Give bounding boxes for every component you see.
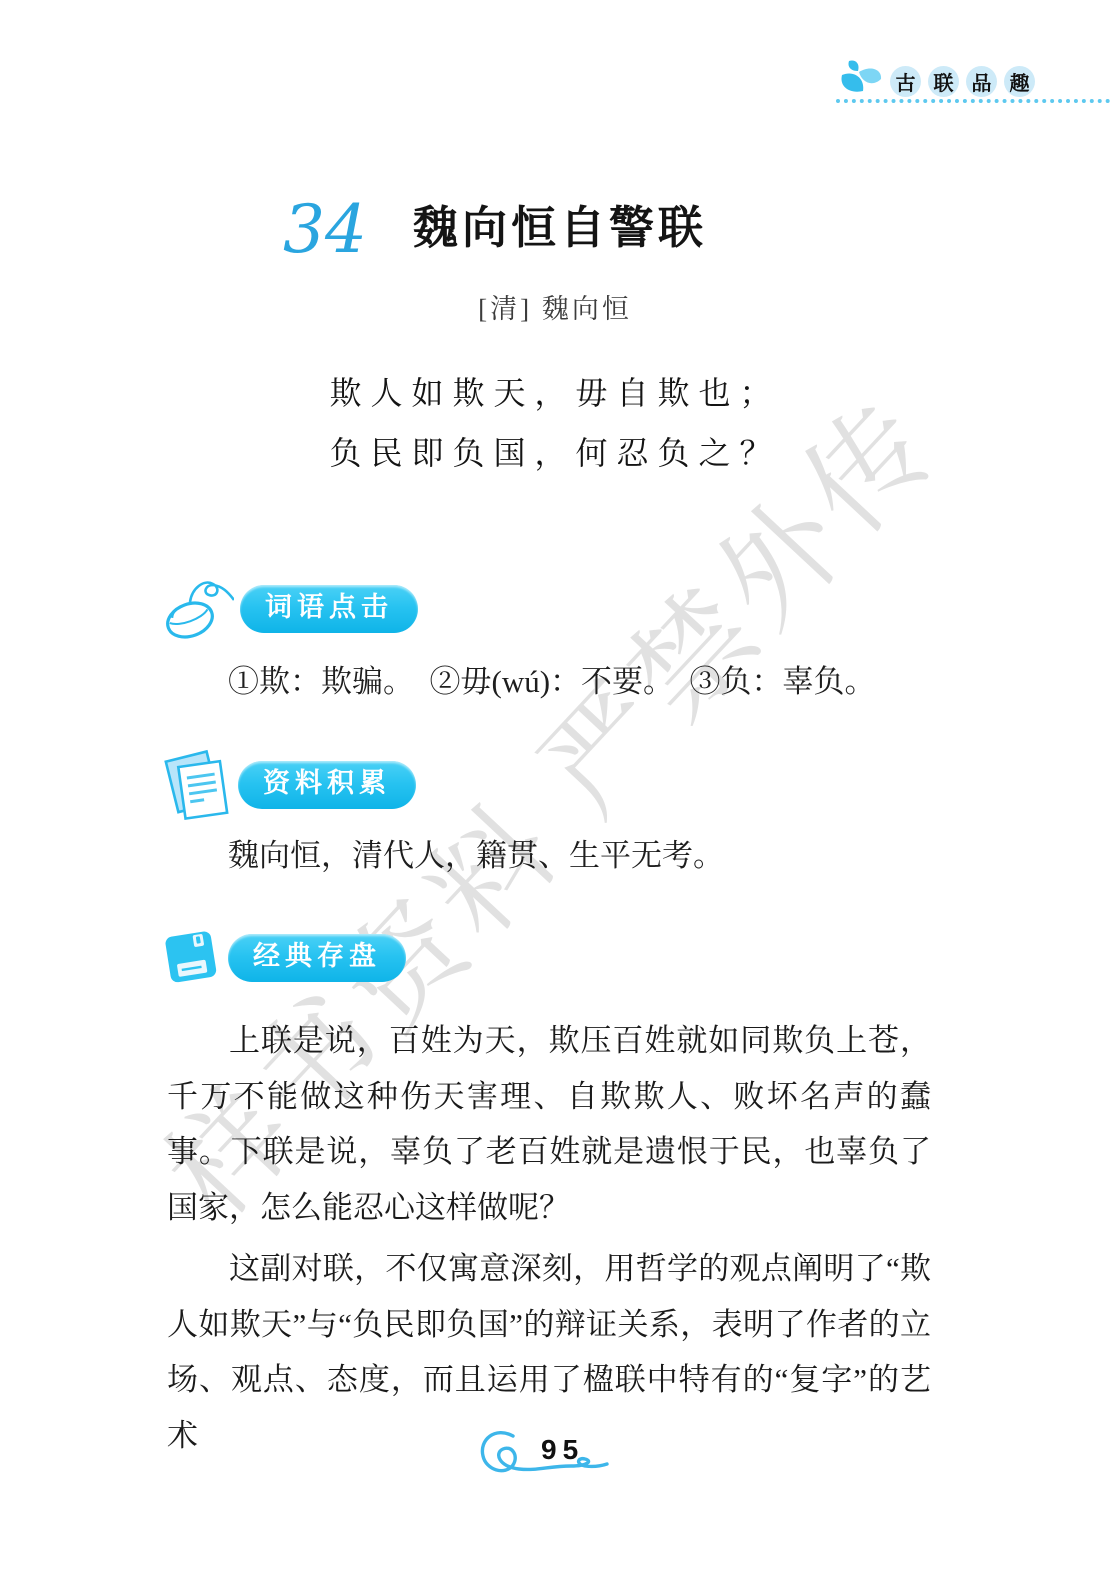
materials-text: 魏向恒，清代人，籍贯、生平无考。 <box>228 830 724 875</box>
lesson-title: 魏向恒自警联 <box>413 192 707 264</box>
section-badge-classic: 经典存盘 <box>228 934 406 982</box>
brand-header: 古 联 品 趣 <box>838 60 1038 102</box>
author-byline: [清] 魏向恒 <box>0 287 1110 326</box>
lesson-number: 34 <box>283 192 367 268</box>
mouse-icon <box>160 576 234 642</box>
brand-char: 品 <box>966 66 997 97</box>
documents-icon <box>162 748 232 822</box>
section-header-materials: 资料积累 <box>162 748 416 822</box>
section-badge-materials: 资料积累 <box>238 761 416 809</box>
couplet-line-1: 欺人如欺天，毋自欺也； <box>0 363 1110 423</box>
section-badge-words: 词语点击 <box>240 585 418 633</box>
section-header-classic: 经典存盘 <box>160 926 406 990</box>
brand-char: 趣 <box>1004 66 1035 97</box>
commentary-paragraphs: 上联是说，百姓为天，欺压百姓就如同欺负上苍，千万不能做这种伤天害理、自欺欺人、败… <box>167 1013 931 1463</box>
textbook-page: 样书资料 严禁外传 古 联 品 趣 34 魏向恒自警联 [清] 魏向恒 欺人如 <box>0 0 1110 1571</box>
page-number: 95 <box>541 1434 584 1466</box>
brand-char: 联 <box>928 66 959 97</box>
floppy-disk-icon <box>160 926 222 990</box>
leaf-icon <box>838 60 884 102</box>
section-header-words: 词语点击 <box>160 576 418 642</box>
couplet: 欺人如欺天，毋自欺也； 负民即负国，何忍负之？ <box>0 363 1110 483</box>
commentary-paragraph-1: 上联是说，百姓为天，欺压百姓就如同欺负上苍，千万不能做这种伤天害理、自欺欺人、败… <box>167 1013 931 1235</box>
couplet-line-2: 负民即负国，何忍负之？ <box>0 423 1110 483</box>
brand-title: 古 联 品 趣 <box>890 66 1038 97</box>
brand-char: 古 <box>890 66 921 97</box>
page-footer: 95 <box>0 1428 1110 1488</box>
word-notes: ①欺：欺骗。 ②毋(wú)：不要。 ③负：辜负。 <box>228 656 876 701</box>
header-dotted-rule <box>836 99 1110 103</box>
